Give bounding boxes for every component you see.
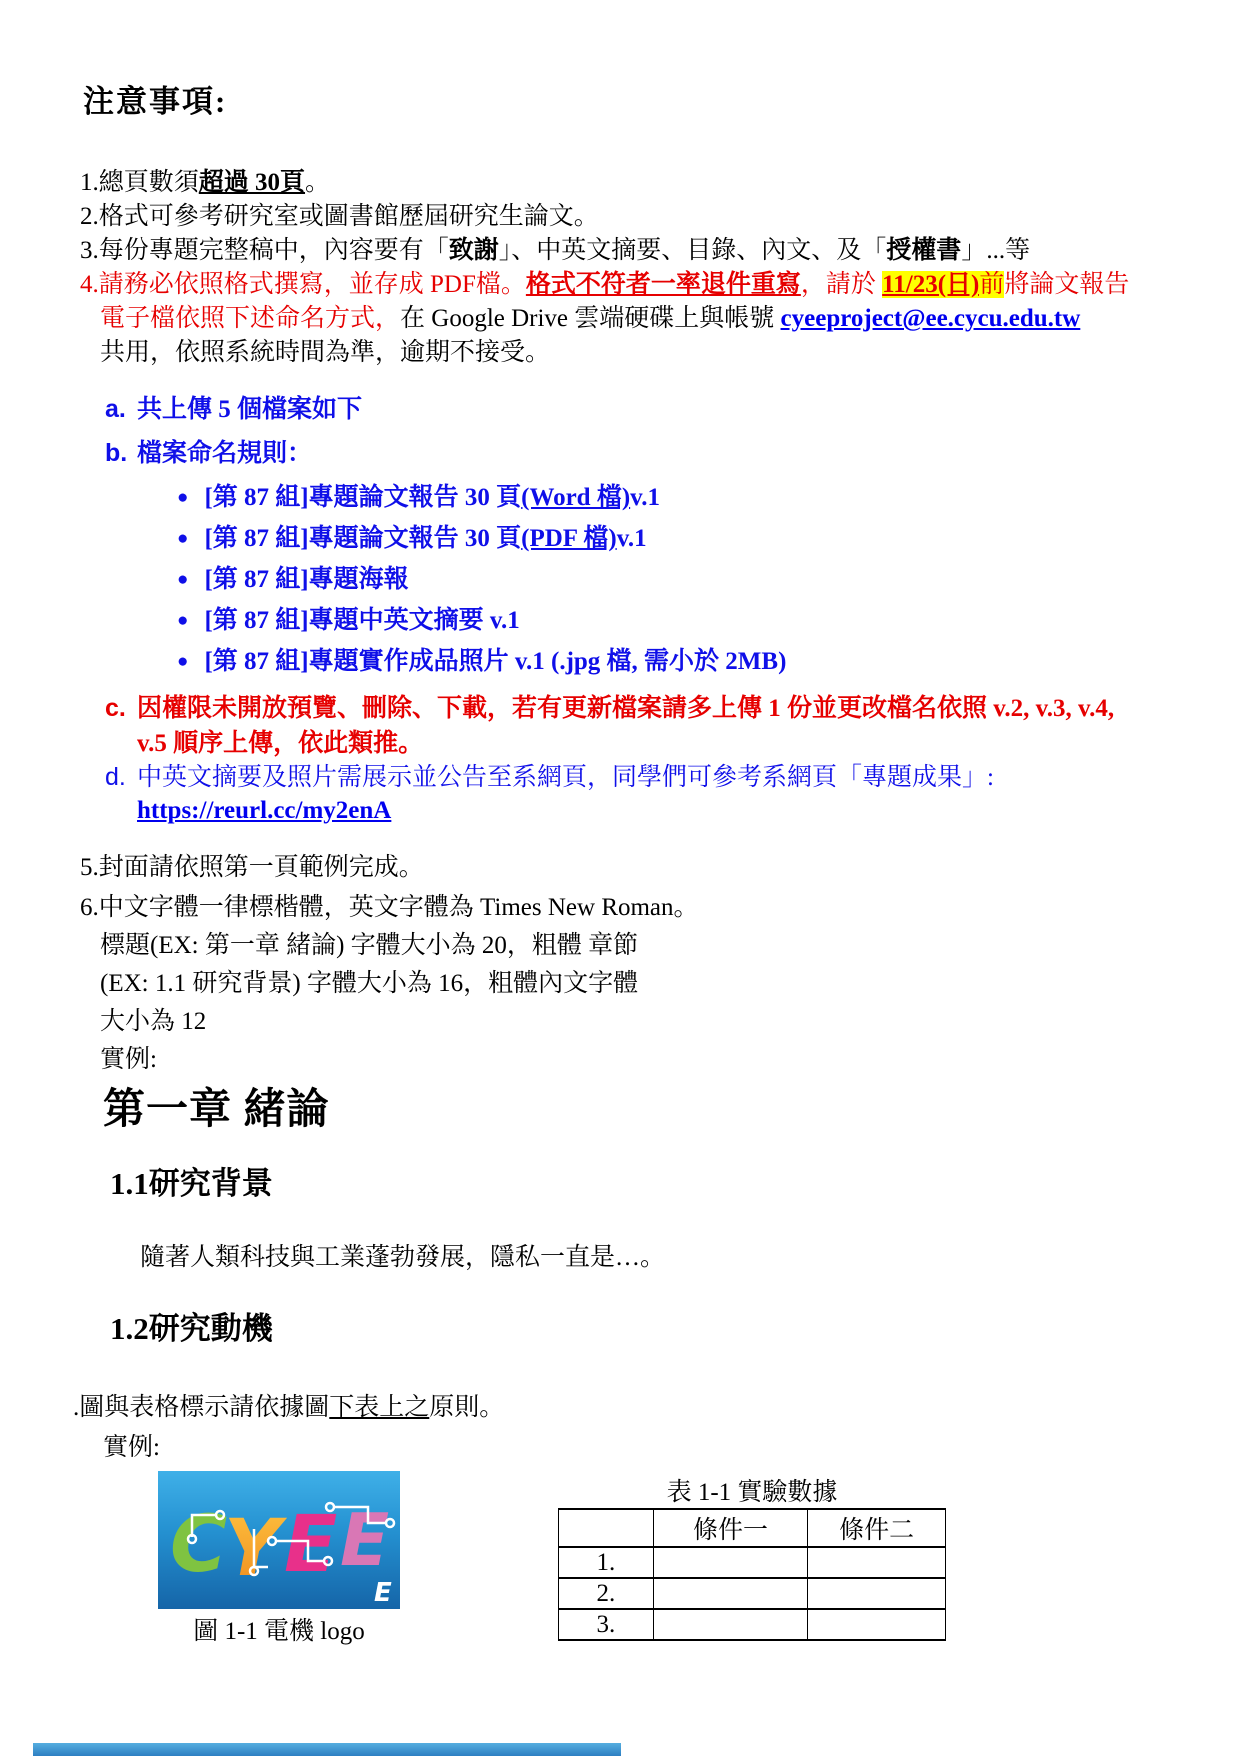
sub-item-c-line2: v.5 順序上傳，依此類推。 <box>137 726 1241 761</box>
note-item-6-line3: (EX: 1.1 研究背景) 字體大小為 16，粗體內文字體 <box>100 965 1241 1003</box>
bullet-icon <box>177 484 204 511</box>
example-section-1-1-body: 隨著人類科技與工業蓬勃發展，隱私一直是…。 <box>140 1241 1241 1275</box>
note-item-4-line2: 電子檔依照下述命名方式，在 Google Drive 雲端硬碟上與帳號 cyee… <box>100 302 1241 336</box>
cyee-logo-image: C Y E E E <box>158 1471 400 1609</box>
example-section-1-1: 1.1研究背景 <box>110 1164 1241 1204</box>
next-page-image-strip <box>33 1743 621 1756</box>
sub-item-d: d.中英文摘要及照片需展示並公告至系網頁，同學們可參考系網頁「專題成果」: <box>105 761 1241 794</box>
note-item-2: 2.格式可參考研究室或圖書館歷屆研究生論文。 <box>80 200 1241 234</box>
table-row-label: 2. <box>559 1578 654 1609</box>
table-cell <box>653 1609 808 1640</box>
table-row: 1. <box>559 1547 946 1578</box>
bullet-icon <box>177 525 204 552</box>
example-chapter-title: 第一章 緒論 <box>103 1084 1241 1136</box>
table-header-cell <box>559 1509 654 1547</box>
figure-caption: 圖 1-1 電機 logo <box>158 1617 400 1647</box>
note-item-4-line3: 共用，依照系統時間為準，逾期不接受。 <box>100 336 1241 370</box>
table-cell <box>653 1578 808 1609</box>
table-cell <box>808 1609 946 1640</box>
note-item-5: 5.封面請依照第一頁範例完成。 <box>80 851 1241 885</box>
sub-item-a: a.共上傳 5 個檔案如下 <box>105 392 1241 427</box>
bullet-icon <box>177 566 204 593</box>
note-item-6-line2: 標題(EX: 第一章 緒論) 字體大小為 20，粗體 章節 <box>100 927 1241 965</box>
page-title: 注意事項: <box>83 84 1241 120</box>
table-cell <box>808 1578 946 1609</box>
table-row: 2. <box>559 1578 946 1609</box>
example-section-1-2: 1.2研究動機 <box>110 1309 1241 1349</box>
bullet-icon <box>177 607 204 634</box>
note-item-6-line4: 大小為 12 <box>100 1003 1241 1041</box>
table-header-cell: 條件一 <box>653 1509 808 1547</box>
file-name-item: [第 87 組]專題海報 <box>177 563 1241 597</box>
logo-sub-letter: E <box>374 1578 392 1608</box>
results-link-line: https://reurl.cc/my2enA <box>137 794 1241 827</box>
table-caption: 表 1-1 實驗數據 <box>558 1478 946 1508</box>
figure-block: C Y E E E <box>158 1471 400 1647</box>
note-item-6: 6.中文字體一律標楷體，英文字體為 Times New Roman。 <box>80 889 1241 927</box>
note-item-4-line1: 4.請務必依照格式撰寫，並存成 PDF檔。格式不符者一率退件重寫，請於 11/2… <box>80 268 1241 302</box>
results-link[interactable]: https://reurl.cc/my2enA <box>137 797 391 824</box>
logo-letter-e1: E <box>284 1500 337 1590</box>
table-row-label: 1. <box>559 1547 654 1578</box>
table-cell <box>808 1547 946 1578</box>
file-name-item: [第 87 組]專題中英文摘要 v.1 <box>177 604 1241 638</box>
logo-letter-y: Y <box>224 1504 288 1594</box>
note-item-1: 1.總頁數須超過 30頁。 <box>80 166 1241 200</box>
logo-letter-e2: E <box>340 1498 389 1582</box>
table-cell <box>653 1547 808 1578</box>
sub-item-b: b.檔案命名規則： <box>105 436 1241 471</box>
table-block: 表 1-1 實驗數據 條件一 條件二 1. 2. <box>558 1478 946 1641</box>
deadline-highlight: 11/23(日) <box>882 271 979 298</box>
bullet-icon <box>177 648 204 675</box>
file-name-item: [第 87 組]專題實作成品照片 v.1 (.jpg 檔, 需小於 2MB) <box>177 645 1241 679</box>
note-item-3: 3.每份專題完整稿中，內容要有「致謝」、中英文摘要、目錄、內文、及「授權書」..… <box>80 234 1241 268</box>
table-header-row: 條件一 條件二 <box>559 1509 946 1547</box>
experiment-data-table: 條件一 條件二 1. 2. 3. <box>558 1508 946 1641</box>
figure-table-rule: .圖與表格標示請依據圖下表上之原則。 <box>73 1391 1241 1425</box>
file-name-item: [第 87 組]專題論文報告 30 頁(Word 檔)v.1 <box>177 481 1241 515</box>
example-label-2: 實例: <box>103 1431 1241 1465</box>
table-header-cell: 條件二 <box>808 1509 946 1547</box>
file-name-item: [第 87 組]專題論文報告 30 頁(PDF 檔)v.1 <box>177 522 1241 556</box>
table-row-label: 3. <box>559 1609 654 1640</box>
example-label-1: 實例: <box>100 1041 1241 1079</box>
table-row: 3. <box>559 1609 946 1640</box>
email-link[interactable]: cyeeproject@ee.cycu.edu.tw <box>781 305 1081 332</box>
logo-letter-c: C <box>170 1500 227 1590</box>
sub-item-c-line1: c.因權限未開放預覽、刪除、下載，若有更新檔案請多上傳 1 份並更改檔名依照 v… <box>105 691 1241 726</box>
document-page: 注意事項: 1.總頁數須超過 30頁。 2.格式可參考研究室或圖書館歷屆研究生論… <box>0 0 1241 1756</box>
